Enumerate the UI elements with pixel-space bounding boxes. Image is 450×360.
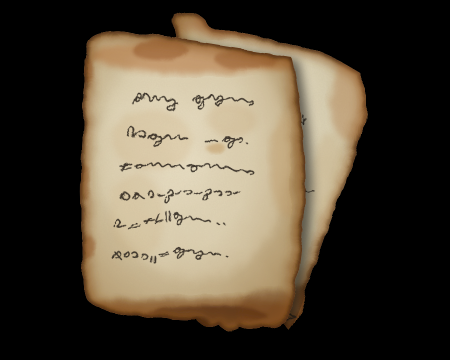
- stain-blob: [330, 58, 370, 142]
- front-manuscript-page: [60, 10, 320, 350]
- photo-stage: [0, 0, 450, 360]
- stain-blob: [108, 173, 164, 257]
- stain-blob: [207, 142, 225, 154]
- stain-blob: [208, 104, 256, 136]
- stain-blob: [312, 133, 348, 237]
- manuscript-photo: [0, 0, 450, 360]
- stain-blob: [180, 16, 300, 36]
